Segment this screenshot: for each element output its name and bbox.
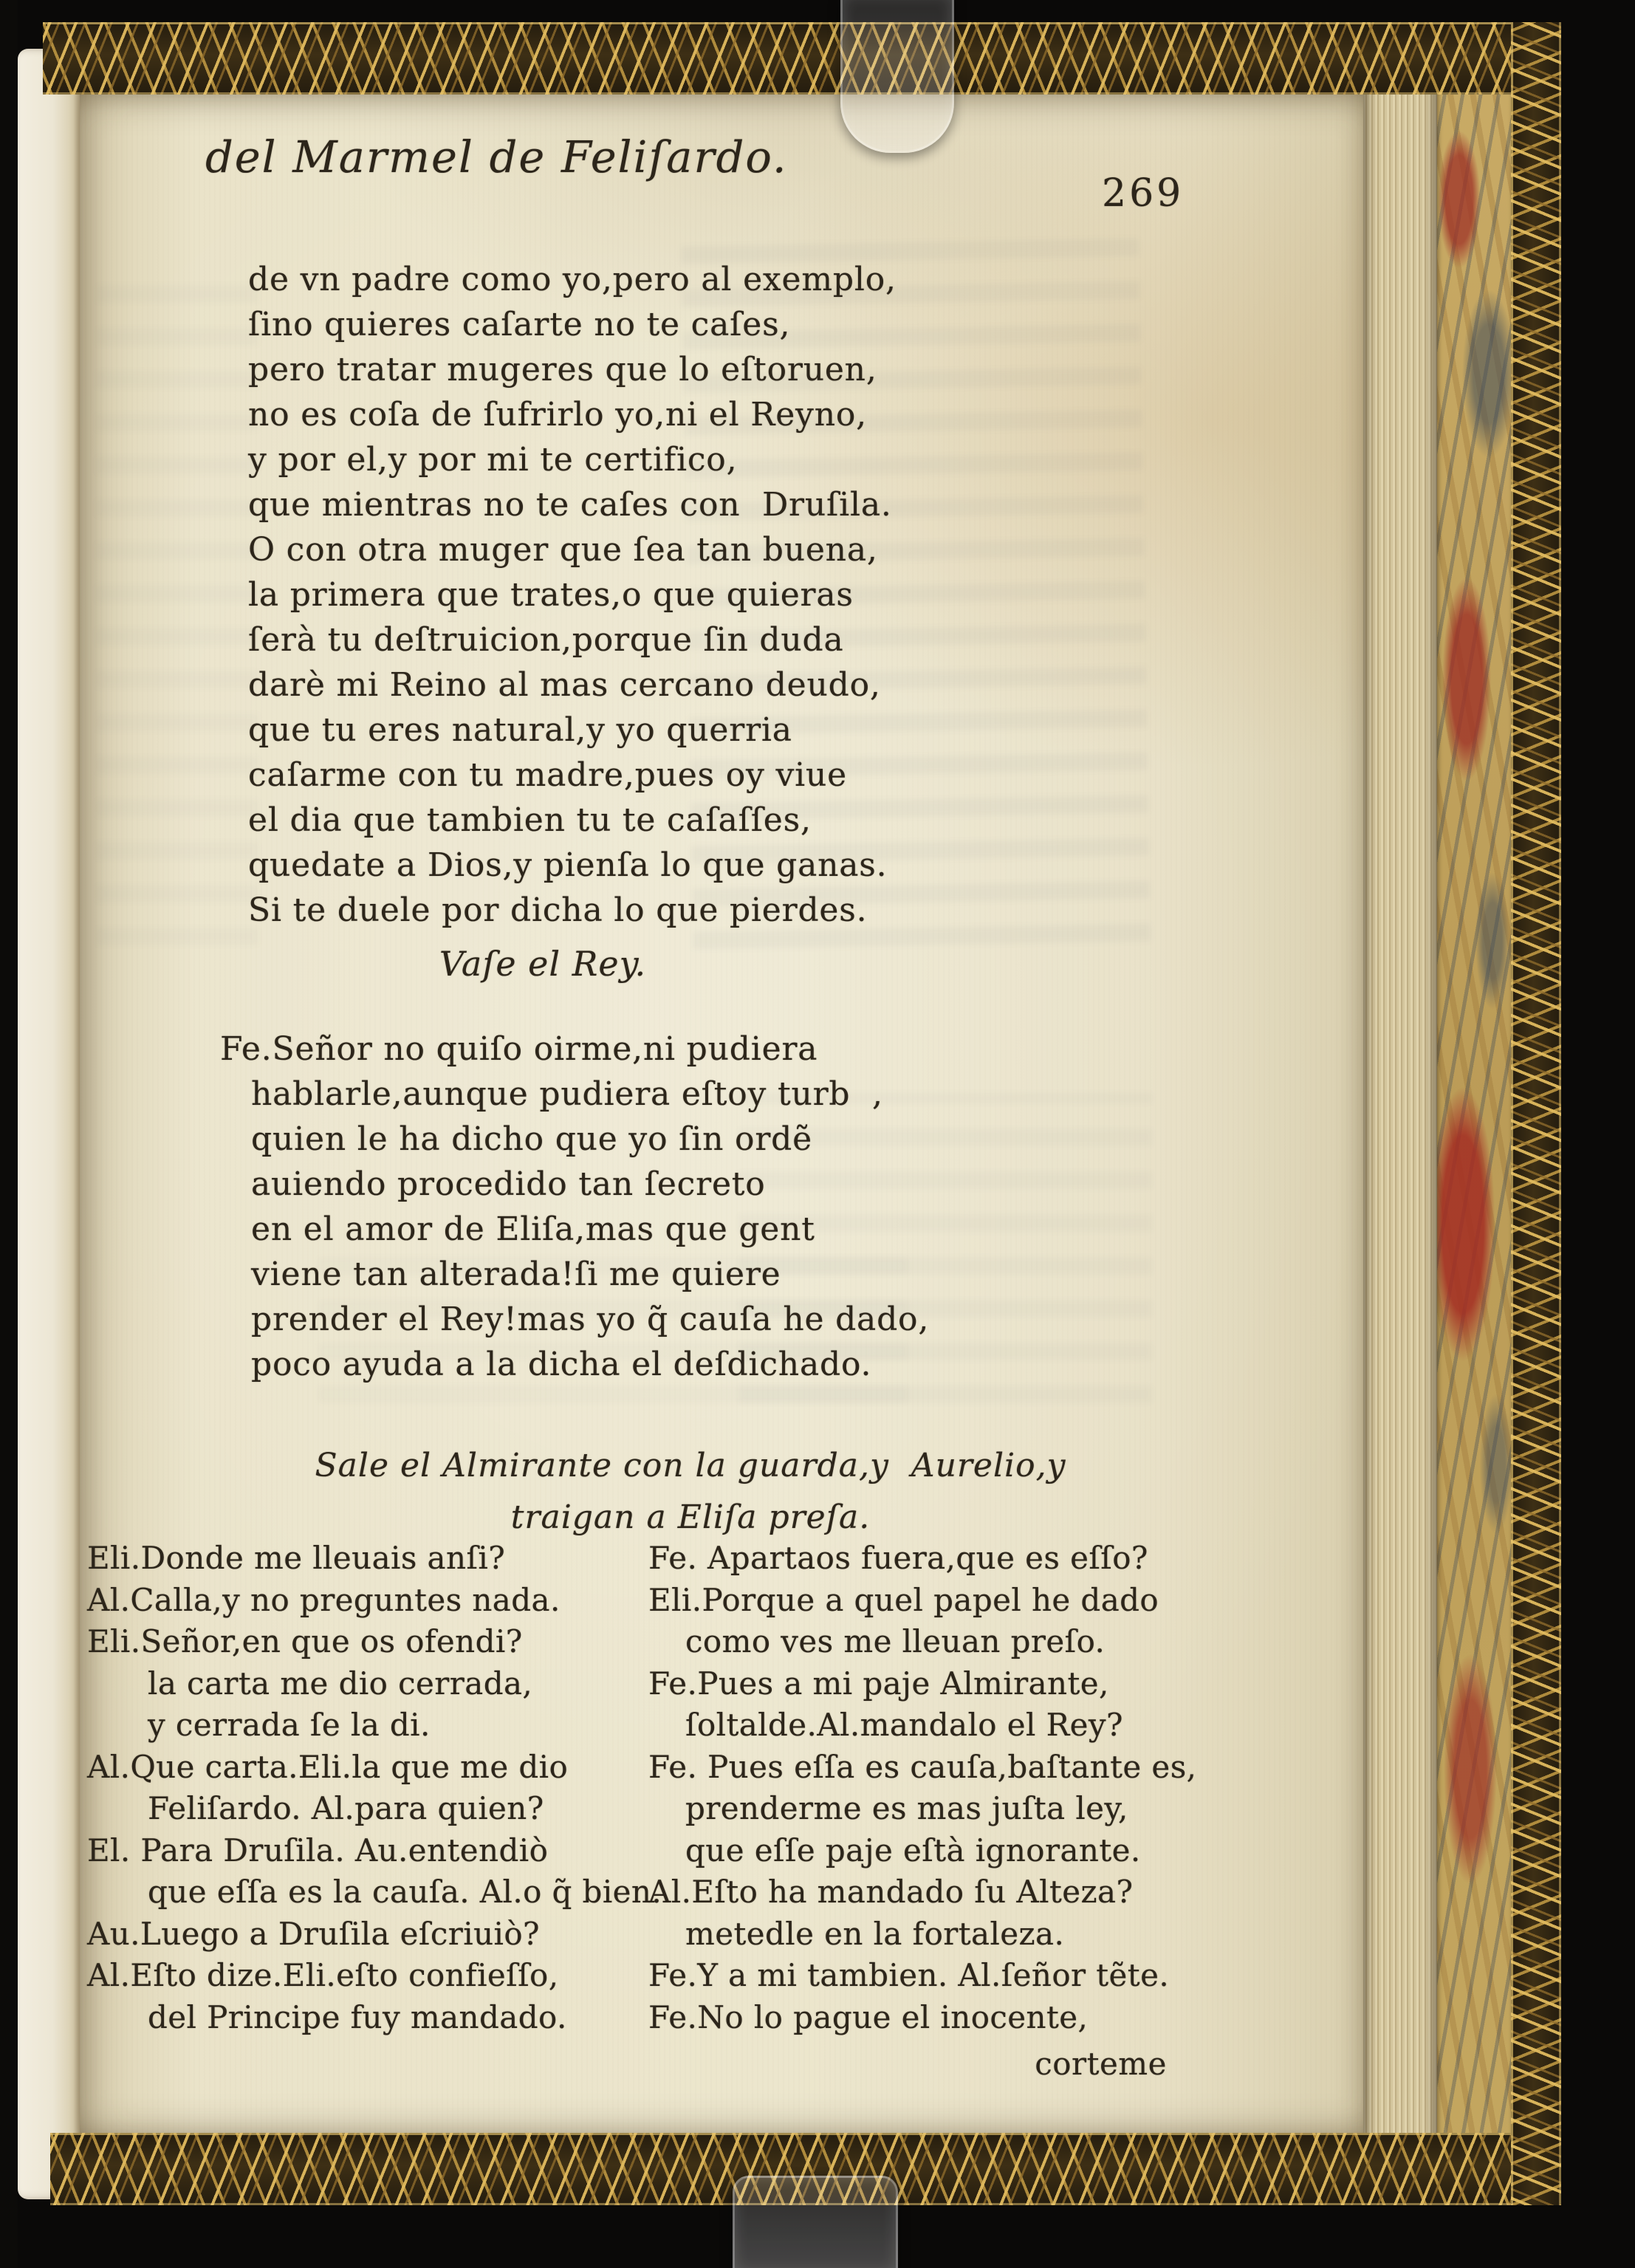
dialogue-line: del Principe fuy mandado.	[87, 1997, 662, 2039]
dialogue-line: Eli.Donde me lleuais anſi?	[87, 1538, 662, 1580]
verse-line: Si te duele por dicha lo que pierdes.	[248, 888, 897, 933]
verse-line: en el amor de Eliſa,mas que gent	[220, 1207, 929, 1252]
dialogue-line: Fe. Apartaos fuera,que es eſſo?	[648, 1538, 1196, 1580]
verse-block-felisardo-speech: Fe.Señor no quiſo oirme,ni pudiera habla…	[220, 1027, 929, 1387]
dialogue-line: y cerrada ſe la di.	[87, 1705, 662, 1747]
verse-line: el dia que tambien tu te caſaſſes,	[248, 798, 897, 843]
dialogue-line: ſoltalde.Al.mandalo el Rey?	[648, 1705, 1196, 1747]
verse-line: y por el,y por mi te certifico,	[248, 437, 897, 482]
verse-line: prender el Rey!mas yo q̃ cauſa he dado,	[220, 1297, 929, 1342]
verse-line: la primera que trates,o que quieras	[248, 572, 897, 617]
verse-line: ſino quieres caſarte no te caſes,	[248, 302, 897, 347]
dialogue-line: Feliſardo. Al.para quien?	[87, 1788, 662, 1830]
dialogue-line: Eli.Porque a quel papel he dado	[648, 1580, 1196, 1622]
plastic-clip-top	[840, 0, 954, 153]
verse-line: pero tratar mugeres que lo eſtoruen,	[248, 347, 897, 392]
scanned-book-page: del Marmel de Feliſardo. 269 de vn padre…	[0, 0, 1635, 2268]
dialogue-line: Fe. Pues eſſa es cauſa,baſtante es,	[648, 1747, 1196, 1789]
page-number: 269	[1102, 171, 1184, 216]
verse-line: darè mi Reino al mas cercano deudo,	[248, 662, 897, 708]
verse-line: poco ayuda a la dicha el deſdichado.	[220, 1342, 929, 1387]
stage-direction-line: traigan a Eliſa preſa.	[222, 1492, 1159, 1544]
gilt-border-top	[43, 22, 1512, 95]
dialogue-line: que eſſa es la cauſa. Al.o q̃ bien.	[87, 1871, 662, 1914]
gutter-shadow	[0, 0, 18, 2268]
dialogue-line: Fe.Pues a mi paje Almirante,	[648, 1663, 1196, 1705]
verse-line: ſerà tu deſtruicion,porque ſin duda	[248, 617, 897, 662]
dialogue-line: Al.Eſto dize.Eli.eſto confieſſo,	[87, 1955, 662, 1997]
verse-line: quedate a Dios,y pienſa lo que ganas.	[248, 843, 897, 888]
verse-line: quien le ha dicho que yo ſin ordẽ	[220, 1117, 929, 1162]
dialogue-line: como ves me lleuan preſo.	[648, 1621, 1196, 1663]
verse-line: hablarle,aunque pudiera eſtoy turb ,	[220, 1072, 929, 1117]
dialogue-line: que eſſe paje eſtà ignorante.	[648, 1830, 1196, 1872]
fore-edge-pages	[1363, 41, 1437, 2201]
verse-line: O con otra muger que ſea tan buena,	[248, 527, 897, 572]
stage-direction: Vaſe el Rey.	[384, 944, 702, 984]
show-through-smudge	[96, 281, 258, 945]
running-header: del Marmel de Feliſardo.	[205, 131, 788, 182]
verse-line: viene tan alterada!ſi me quiere	[220, 1252, 929, 1297]
dialogue-line: El. Para Druſila. Au.entendiò	[87, 1830, 662, 1872]
dialogue-line: prenderme es mas juſta ley,	[648, 1788, 1196, 1830]
verse-line: Fe.Señor no quiſo oirme,ni pudiera	[220, 1027, 929, 1072]
gilt-border-right	[1511, 22, 1561, 2205]
dialogue-line: Al.Calla,y no preguntes nada.	[87, 1580, 662, 1622]
dialogue-line: Al.Eſto ha mandado ſu Alteza?	[648, 1871, 1196, 1914]
catchword: corteme	[886, 2046, 1167, 2082]
dialogue-line: Fe.Y a mi tambien. Al.ſeñor tẽte.	[648, 1955, 1196, 1997]
verse-line: que tu eres natural,y yo querria	[248, 708, 897, 753]
verse-line: que mientras no te caſes con Druſila.	[248, 482, 897, 527]
left-page-edge	[18, 49, 81, 2199]
dialogue-line: metedle en la fortaleza.	[648, 1914, 1196, 1956]
verse-line: caſarme con tu madre,pues oy viue	[248, 753, 897, 798]
marbled-endpaper-edge	[1437, 25, 1511, 2205]
stage-direction: Sale el Almirante con la guarda,y Aureli…	[222, 1440, 1159, 1544]
verse-line: de vn padre como yo,pero al exemplo,	[248, 257, 897, 302]
verse-block-king-speech: de vn padre como yo,pero al exemplo, ſin…	[248, 257, 897, 933]
dialogue-line: Eli.Señor,en que os ofendi?	[87, 1621, 662, 1663]
dialogue-column-right: Fe. Apartaos fuera,que es eſſo? Eli.Porq…	[648, 1538, 1196, 2038]
stage-direction-line: Sale el Almirante con la guarda,y Aureli…	[222, 1440, 1159, 1492]
dialogue-line: Fe.No lo pague el inocente,	[648, 1997, 1196, 2039]
verse-line: no es coſa de ſufrirlo yo,ni el Reyno,	[248, 392, 897, 437]
dialogue-line: la carta me dio cerrada,	[87, 1663, 662, 1705]
dialogue-column-left: Eli.Donde me lleuais anſi? Al.Calla,y no…	[87, 1538, 662, 2038]
verse-line: auiendo procedido tan ſecreto	[220, 1162, 929, 1207]
dialogue-line: Al.Que carta.Eli.la que me dio	[87, 1747, 662, 1789]
plastic-clip-bottom	[733, 2176, 898, 2268]
dialogue-line: Au.Luego a Druſila eſcriuiò?	[87, 1914, 662, 1956]
